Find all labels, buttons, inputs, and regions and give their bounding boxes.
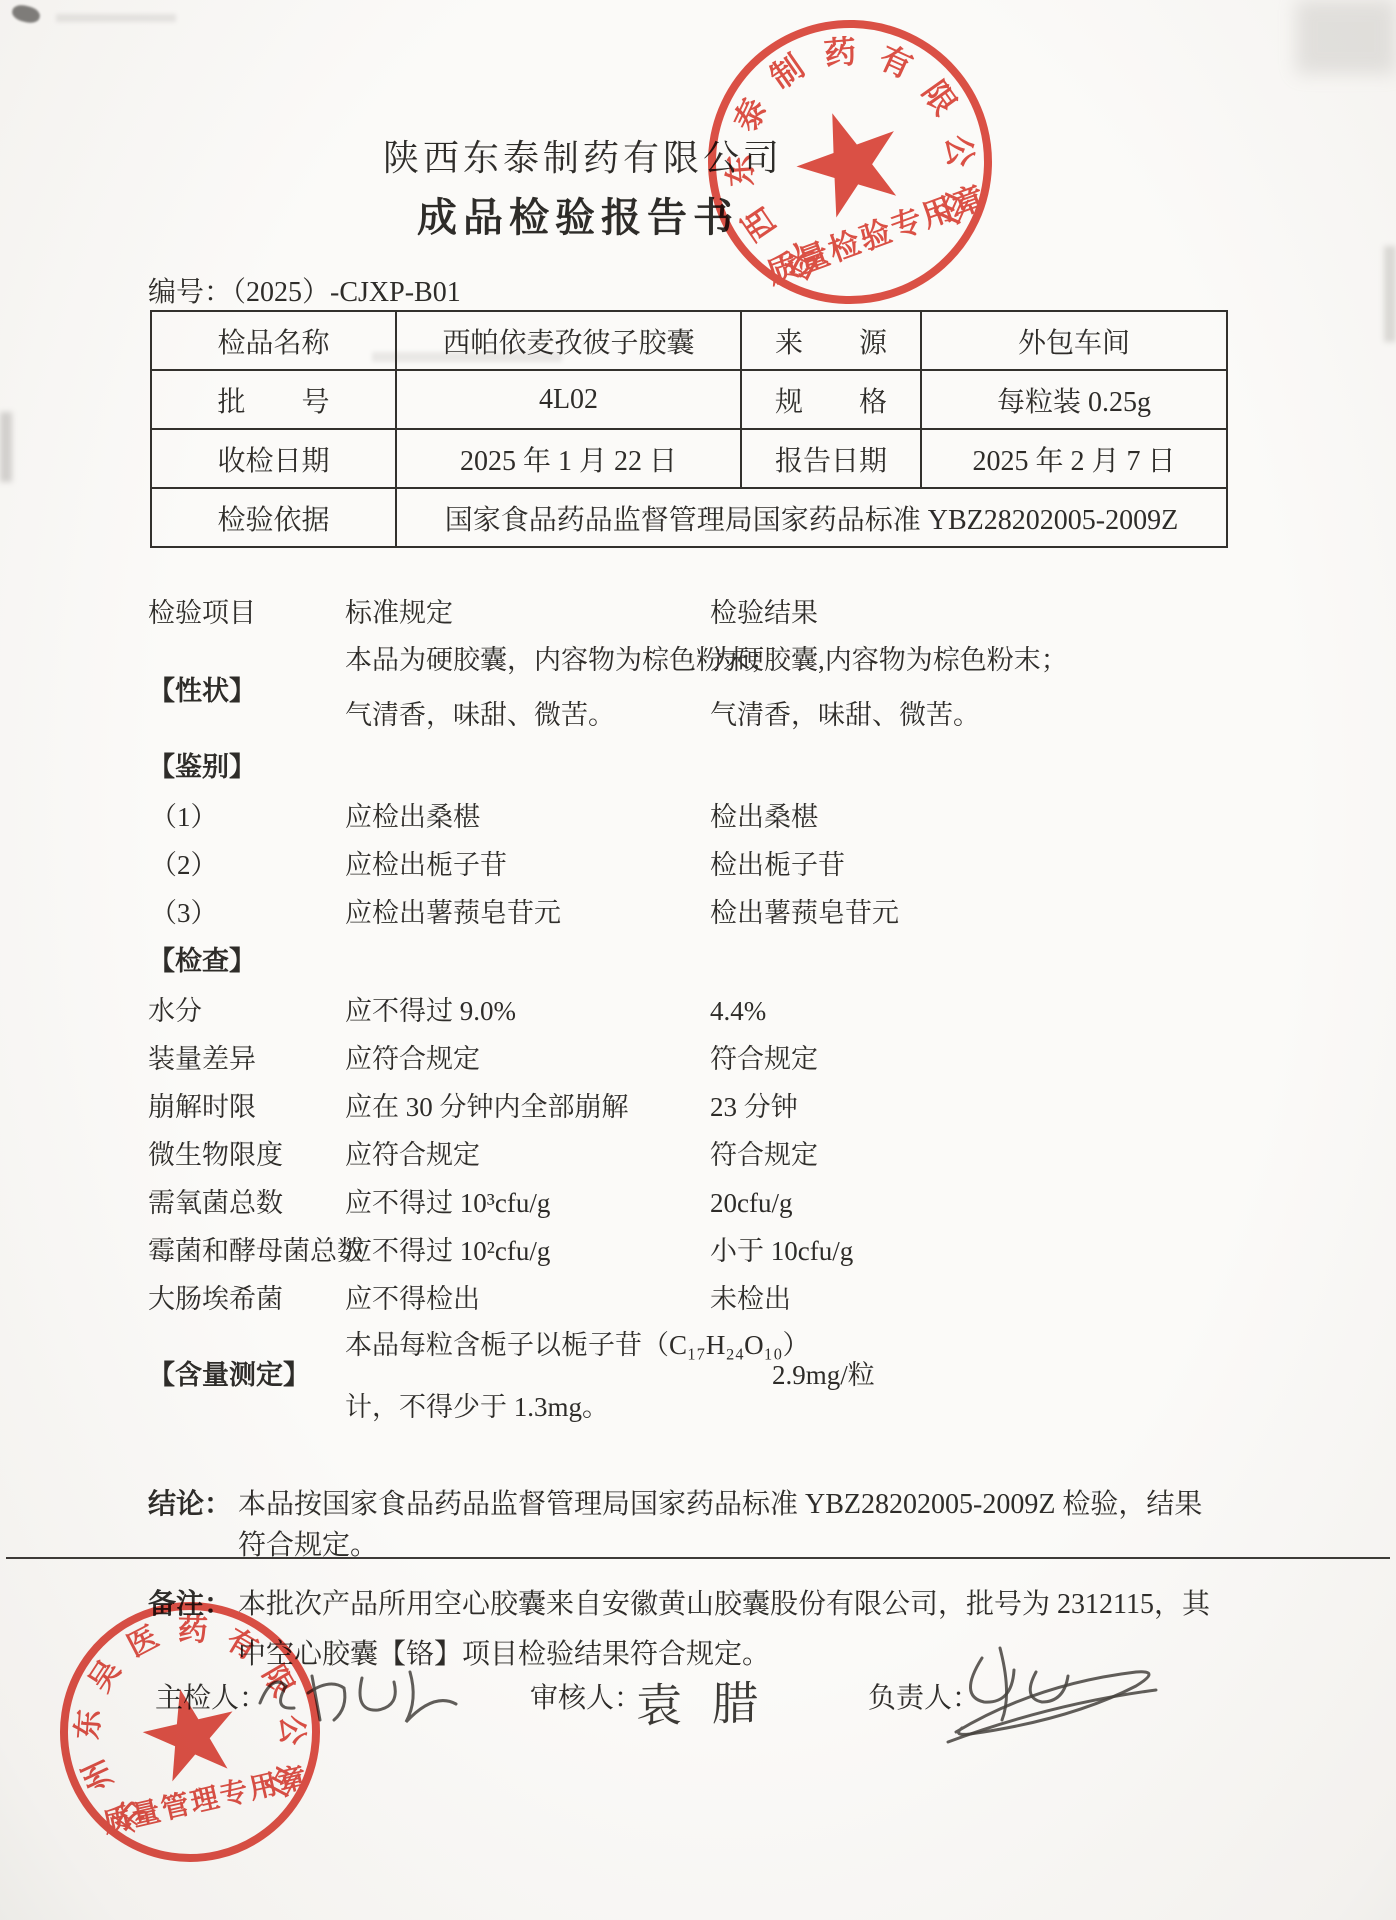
scan-smudge xyxy=(1296,0,1396,74)
seal-ring-char: 吴 xyxy=(79,1650,132,1703)
cell-spec-value: 每粒装 0.25g xyxy=(921,370,1227,429)
cell-source-label: 来 源 xyxy=(741,311,921,370)
scan-smudge xyxy=(0,412,12,482)
scan-smudge xyxy=(56,14,176,22)
appearance-result-line1: 为硬胶囊,内容物为棕色粉末； xyxy=(710,645,1068,675)
seal-ring-char: 东 xyxy=(69,1704,110,1745)
water-result: 4.4% xyxy=(710,996,766,1026)
table-row: 检品名称 西帕依麦孜彼子胶囊 来 源 外包车间 xyxy=(151,311,1227,370)
assay-result: 2.9mg/粒 xyxy=(772,1360,875,1390)
sample-info-table: 检品名称 西帕依麦孜彼子胶囊 来 源 外包车间 批 号 4L02 规 格 每粒装… xyxy=(150,310,1228,548)
report-number-value: （2025）-CJXP-B01 xyxy=(232,277,461,308)
fill-weight-item: 装量差异 xyxy=(148,1044,256,1074)
table-row: 批 号 4L02 规 格 每粒装 0.25g xyxy=(151,370,1227,429)
mold-yeast-standard: 应不得过 10²cfu/g xyxy=(345,1236,550,1266)
ident-1-result: 检出桑椹 xyxy=(710,802,818,832)
seal-ring-char: 限 xyxy=(913,72,966,125)
ident-3-item: （3） xyxy=(150,898,218,928)
reviewer-label: 审核人： xyxy=(530,1684,642,1714)
disintegration-standard: 应在 30 分钟内全部崩解 xyxy=(345,1092,629,1122)
col-header-result: 检验结果 xyxy=(710,598,818,628)
cell-basis-value: 国家食品药品监督管理局国家药品标准 YBZ28202005-2009Z xyxy=(396,488,1227,547)
fill-weight-standard: 应符合规定 xyxy=(345,1044,480,1074)
scan-smudge xyxy=(1384,246,1396,342)
ident-2-result: 检出栀子苷 xyxy=(710,850,845,880)
col-header-item: 检验项目 xyxy=(148,598,256,628)
report-number: 编号：（2025）-CJXP-B01 xyxy=(148,278,461,308)
seal-ring-char: 司 xyxy=(253,1754,304,1805)
aerobic-result: 20cfu/g xyxy=(710,1188,792,1218)
section-appearance: 【性状】 xyxy=(148,676,256,706)
assay-standard-line2: 计，不得少于 1.3mg。 xyxy=(345,1392,609,1422)
seal-ring-char: 医 xyxy=(118,1617,169,1668)
microbial-item: 微生物限度 xyxy=(148,1140,283,1170)
head-signature xyxy=(940,1636,1175,1756)
cell-received-date-value: 2025 年 1 月 22 日 xyxy=(396,429,741,488)
section-divider xyxy=(6,1557,1390,1559)
ecoli-item: 大肠埃希菌 xyxy=(148,1284,283,1314)
inspector-signature xyxy=(242,1648,482,1748)
remark-line1: 本批次产品所用空心胶囊来自安徽黄山胶囊股份有限公司，批号为 2312115，其 xyxy=(238,1590,1210,1620)
remark-label: 备注： xyxy=(148,1590,232,1620)
seal-ring-char: 苏 xyxy=(104,1787,157,1840)
col-header-standard: 标准规定 xyxy=(345,598,453,628)
fill-weight-result: 符合规定 xyxy=(710,1044,818,1074)
disintegration-item: 崩解时限 xyxy=(148,1092,256,1122)
ident-1-standard: 应检出桑椹 xyxy=(345,802,480,832)
ecoli-standard: 应不得检出 xyxy=(345,1284,480,1314)
cell-batch-value: 4L02 xyxy=(396,370,741,429)
section-assay: 【含量测定】 xyxy=(148,1360,310,1390)
mold-yeast-result: 小于 10cfu/g xyxy=(710,1236,853,1266)
microbial-standard: 应符合规定 xyxy=(345,1140,480,1170)
ecoli-result: 未检出 xyxy=(710,1284,791,1314)
cell-basis-label: 检验依据 xyxy=(151,488,396,547)
reviewer-signature: 袁腊 xyxy=(636,1666,789,1736)
aerobic-standard: 应不得过 10³cfu/g xyxy=(345,1188,550,1218)
mold-yeast-item: 霉菌和酵母菌总数 xyxy=(148,1236,364,1266)
seal-ring-char: 陕 xyxy=(776,235,827,286)
conclusion-label: 结论： xyxy=(148,1490,232,1520)
microbial-result: 符合规定 xyxy=(710,1140,818,1170)
assay-standard-line1: 本品每粒含栀子以栀子苷（C₁₇H₂₄O₁₀） xyxy=(345,1330,809,1360)
cell-source-value: 外包车间 xyxy=(921,311,1227,370)
appearance-standard-line2: 气清香，味甜、微苦。 xyxy=(345,700,615,730)
ident-3-standard: 应检出薯蓣皂苷元 xyxy=(345,898,561,928)
seal-ring-char: 制 xyxy=(761,45,814,98)
seal-ring-char: 州 xyxy=(73,1749,123,1799)
seal-ring-char: 药 xyxy=(820,32,861,73)
aerobic-item: 需氧菌总数 xyxy=(148,1188,283,1218)
scan-smudge xyxy=(10,3,41,25)
conclusion-line1: 本品按国家食品药品监督管理局国家药品标准 YBZ28202005-2009Z 检… xyxy=(238,1490,1202,1520)
cell-spec-label: 规 格 xyxy=(741,370,921,429)
ident-2-item: （2） xyxy=(150,850,218,880)
seal-ring-char: 有 xyxy=(871,37,921,87)
cell-received-date-label: 收检日期 xyxy=(151,429,396,488)
appearance-result-line2: 气清香，味甜、微苦。 xyxy=(710,700,980,730)
section-examination: 【检查】 xyxy=(148,946,256,976)
company-name: 陕西东泰制药有限公司 xyxy=(0,130,1281,181)
section-identification: 【鉴别】 xyxy=(148,752,256,782)
cell-sample-name-value: 西帕依麦孜彼子胶囊 xyxy=(396,311,741,370)
water-standard: 应不得过 9.0% xyxy=(345,996,516,1026)
disintegration-result: 23 分钟 xyxy=(710,1092,798,1122)
table-row: 收检日期 2025 年 1 月 22 日 报告日期 2025 年 2 月 7 日 xyxy=(151,429,1227,488)
ident-3-result: 检出薯蓣皂苷元 xyxy=(710,898,899,928)
report-number-label: 编号： xyxy=(148,277,232,308)
seal-banner-text: 质量管理专用章 xyxy=(98,1755,312,1841)
water-item: 水分 xyxy=(148,996,202,1026)
cell-report-date-value: 2025 年 2 月 7 日 xyxy=(921,429,1227,488)
cell-batch-label: 批 号 xyxy=(151,370,396,429)
page-title: 成品检验报告书 xyxy=(0,186,1276,243)
cell-report-date-label: 报告日期 xyxy=(741,429,921,488)
ident-2-standard: 应检出栀子苷 xyxy=(345,850,507,880)
ident-1-item: （1） xyxy=(150,802,218,832)
inspection-report-page: 陕西东泰制药有限公司 成品检验报告书 编号：（2025）-CJXP-B01 检品… xyxy=(0,0,1396,1920)
table-row: 检验依据 国家食品药品监督管理局国家药品标准 YBZ28202005-2009Z xyxy=(151,488,1227,547)
cell-sample-name-label: 检品名称 xyxy=(151,311,396,370)
